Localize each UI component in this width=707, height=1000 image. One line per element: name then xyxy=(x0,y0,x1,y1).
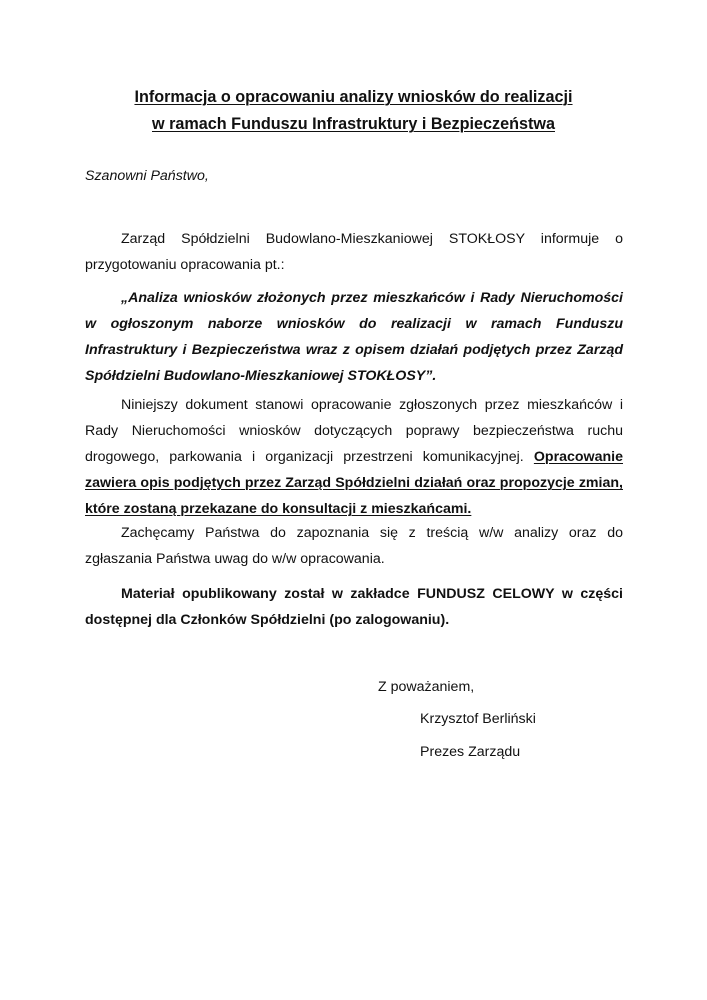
document-page: Informacja o opracowaniu analizy wnioskó… xyxy=(0,0,707,1000)
intro-paragraph: Zarząd Spółdzielni Budowlano-Mieszkaniow… xyxy=(85,226,623,278)
document-title: Informacja o opracowaniu analizy wnioskó… xyxy=(0,84,707,138)
signature-name: Krzysztof Berliński xyxy=(420,709,536,729)
title-line-1: Informacja o opracowaniu analizy wnioskó… xyxy=(134,88,572,106)
salutation: Szanowni Państwo, xyxy=(85,163,623,189)
signature-role: Prezes Zarządu xyxy=(420,742,520,762)
title-line-2: w ramach Funduszu Infrastruktury i Bezpi… xyxy=(152,115,555,133)
invitation-paragraph: Zachęcamy Państwa do zapoznania się z tr… xyxy=(85,520,623,572)
signature-closing: Z poważaniem, xyxy=(378,677,474,697)
publication-title-quote: „Analiza wniosków złożonych przez mieszk… xyxy=(85,285,623,389)
description-paragraph: Niniejszy dokument stanowi opracowanie z… xyxy=(85,392,623,522)
publication-notice: Materiał opublikowany został w zakładce … xyxy=(85,581,623,633)
